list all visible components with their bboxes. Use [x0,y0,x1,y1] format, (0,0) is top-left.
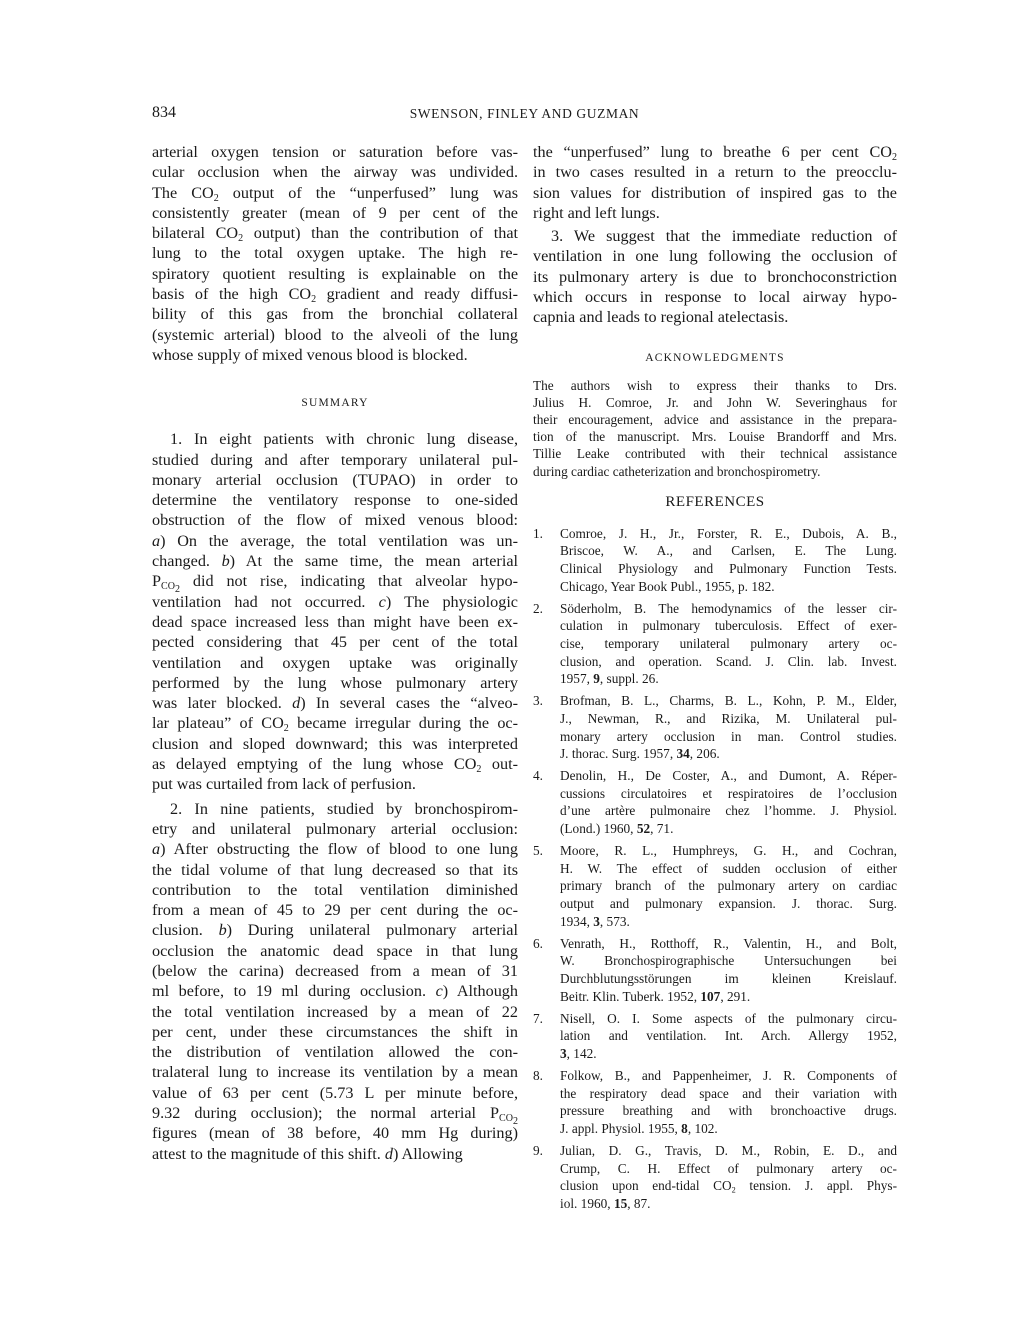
reference-item: 4.Denolin, H., De Coster, A., and Dumont… [533,767,897,837]
text-line: cular occlusion when the airway was undi… [152,162,518,182]
text-line: 3. We suggest that the immediate reducti… [533,226,897,246]
text-line: put was curtailed from lack of perfusion… [152,774,518,794]
text-line: 1. In eight patients with chronic lung d… [152,429,518,449]
reference-line: Crump, C. H. Effect of pulmonary artery … [560,1160,897,1178]
reference-line: Chicago, Year Book Publ., 1955, p. 182. [560,578,897,596]
text-line: occlusion the anatomic dead space in tha… [152,941,518,961]
text-line: obstruction of the flow of mixed venous … [152,510,518,530]
text-line: the “unperfused” lung to breathe 6 per c… [533,142,897,162]
reference-line: Beitr. Klin. Tuberk. 1952, 107, 291. [560,988,897,1006]
reference-number: 1. [533,525,543,543]
text-line: ml before, to 19 ml during occlusion. c)… [152,981,518,1001]
text-line: tion of the manuscript. Mrs. Louise Bran… [533,428,897,445]
reference-number: 8. [533,1067,543,1085]
reference-line: Comroe, J. H., Jr., Forster, R. E., Dubo… [560,525,897,543]
reference-line: Brofman, B. L., Charms, B. L., Kohn, P. … [560,692,897,710]
journal-page: 834 SWENSON, FINLEY AND GUZMAN arterial … [0,0,1020,1320]
text-line: Julius H. Comroe, Jr. and John W. Severi… [533,394,897,411]
reference-line: Briscoe, W. A., and Carlsen, E. The Lung… [560,542,897,560]
reference-item: 3.Brofman, B. L., Charms, B. L., Kohn, P… [533,692,897,762]
text-line: lung to the total oxygen uptake. The hig… [152,243,518,263]
reference-line: 1957, 9, suppl. 26. [560,670,897,688]
text-line: its pulmonary artery is due to bronchoco… [533,267,897,287]
reference-item: 5.Moore, R. L., Humphreys, G. H., and Co… [533,842,897,930]
text-line: clusion. b) During unilateral pulmonary … [152,920,518,940]
summary-heading: SUMMARY [152,397,518,409]
reference-line: monary artery occlusion in man. Control … [560,728,897,746]
text-line: as delayed emptying of the lung whose CO… [152,754,518,774]
reference-line: lation and ventilation. Int. Arch. Aller… [560,1027,897,1045]
reference-line: Moore, R. L., Humphreys, G. H., and Coch… [560,842,897,860]
reference-line: J. thorac. Surg. 1957, 34, 206. [560,745,897,763]
reference-item: 9.Julian, D. G., Travis, D. M., Robin, E… [533,1142,897,1212]
reference-line: Söderholm, B. The hemodynamics of the le… [560,600,897,618]
text-line: basis of the high CO2 gradient and ready… [152,284,518,304]
text-line: performed by the lung whose pulmonary ar… [152,673,518,693]
reference-line: Julian, D. G., Travis, D. M., Robin, E. … [560,1142,897,1160]
intro-paragraph: arterial oxygen tension or saturation be… [152,142,518,365]
reference-line: Denolin, H., De Coster, A., and Dumont, … [560,767,897,785]
running-title: SWENSON, FINLEY AND GUZMAN [152,106,897,122]
text-line: 2. In nine patients, studied by bronchos… [152,799,518,819]
reference-line: Clinical Physiology and Pulmonary Functi… [560,560,897,578]
text-line: right and left lungs. [533,203,897,223]
reference-number: 9. [533,1142,543,1160]
summary-item-2-continued: the “unperfused” lung to breathe 6 per c… [533,142,897,223]
reference-line: d’une artère pulmonaire chez l’homme. J.… [560,802,897,820]
text-line: tralateral lung to increase its ventilat… [152,1062,518,1082]
references-list: 1.Comroe, J. H., Jr., Forster, R. E., Du… [533,525,897,1213]
text-line: capnia and leads to regional atelectasis… [533,307,897,327]
text-line: per cent, under these circumstances the … [152,1022,518,1042]
text-line: PCO2 did not rise, indicating that alveo… [152,571,518,591]
text-line: during cardiac catheterization and bronc… [533,463,897,480]
text-line: contribution to the total ventilation di… [152,880,518,900]
summary-item-1: 1. In eight patients with chronic lung d… [152,429,518,794]
text-line: in two cases resulted in a return to the… [533,162,897,182]
text-line: sion values for distribution of inspired… [533,183,897,203]
reference-line: Folkow, B., and Pappenheimer, J. R. Comp… [560,1067,897,1085]
text-line: dead space increased less than might hav… [152,612,518,632]
reference-line: clusion, and operation. Scand. J. Clin. … [560,653,897,671]
reference-line: primary branch of the pulmonary artery o… [560,877,897,895]
reference-line: the respiratory dead space and their var… [560,1085,897,1103]
text-line: lar plateau” of CO2 became irregular dur… [152,713,518,733]
reference-number: 2. [533,600,543,618]
text-line: whose supply of mixed venous blood is bl… [152,345,518,365]
reference-number: 5. [533,842,543,860]
reference-number: 3. [533,692,543,710]
acknowledgments-heading: ACKNOWLEDGMENTS [533,352,897,364]
text-line: consistently greater (mean of 9 per cent… [152,203,518,223]
text-line: determine the ventilatory response to on… [152,490,518,510]
running-header: 834 SWENSON, FINLEY AND GUZMAN [152,104,897,124]
references-heading: REFERENCES [533,494,897,511]
text-line: ventilation and oxygen uptake was origin… [152,653,518,673]
text-line: the distribution of ventilation allowed … [152,1042,518,1062]
reference-item: 7.Nisell, O. I. Some aspects of the pulm… [533,1010,897,1063]
reference-item: 2.Söderholm, B. The hemodynamics of the … [533,600,897,688]
text-line: studied during and after temporary unila… [152,450,518,470]
text-line: bility of this gas from the bronchial co… [152,304,518,324]
text-line: arterial oxygen tension or saturation be… [152,142,518,162]
reference-line: Durchblutungsstörungen im kleinen Kreisl… [560,970,897,988]
reference-line: Nisell, O. I. Some aspects of the pulmon… [560,1010,897,1028]
text-line: (systemic arterial) blood to the alveoli… [152,325,518,345]
reference-line: output and pulmonary expansion. J. thora… [560,895,897,913]
text-line: was later blocked. d) In several cases t… [152,693,518,713]
text-line: pected considering that 45 per cent of t… [152,632,518,652]
text-line: attest to the magnitude of this shift. d… [152,1144,518,1164]
reference-line: cise, temporary unilateral pulmonary art… [560,635,897,653]
text-line: the tidal volume of that lung decreased … [152,860,518,880]
reference-item: 8.Folkow, B., and Pappenheimer, J. R. Co… [533,1067,897,1137]
reference-line: (Lond.) 1960, 52, 71. [560,820,897,838]
reference-line: pressure breathing and with bronchoactiv… [560,1102,897,1120]
text-line: ventilation in one lung following the oc… [533,246,897,266]
reference-line: H. W. The effect of sudden occlusion of … [560,860,897,878]
reference-line: Venrath, H., Rotthoff, R., Valentin, H.,… [560,935,897,953]
text-line: etry and unilateral pulmonary arterial o… [152,819,518,839]
text-line: figures (mean of 38 before, 40 mm Hg dur… [152,1123,518,1143]
summary-item-3: 3. We suggest that the immediate reducti… [533,226,897,327]
text-line: (below the carina) decreased from a mean… [152,961,518,981]
text-line: The CO2 output of the “unperfused” lung … [152,183,518,203]
reference-item: 6.Venrath, H., Rotthoff, R., Valentin, H… [533,935,897,1005]
text-line: 9.32 during occlusion); the normal arter… [152,1103,518,1123]
text-line: value of 63 per cent (5.73 L per minute … [152,1083,518,1103]
text-line: Tillie Leake contributed with their tech… [533,445,897,462]
reference-line: J., Newman, R., and Rizika, M. Unilatera… [560,710,897,728]
text-line: The authors wish to express their thanks… [533,377,897,394]
text-line: ventilation had not occurred. c) The phy… [152,592,518,612]
text-line: bilateral CO2 output) than the contribut… [152,223,518,243]
reference-line: 3, 142. [560,1045,897,1063]
reference-number: 6. [533,935,543,953]
reference-line: W. Bronchospirographische Untersuchungen… [560,952,897,970]
text-line: which occurs in response to local airway… [533,287,897,307]
text-line: a) After obstructing the flow of blood t… [152,839,518,859]
text-line: clusion and sloped downward; this was in… [152,734,518,754]
text-line: monary arterial occlusion (TUPAO) in ord… [152,470,518,490]
reference-line: culation in pulmonary tuberculosis. Effe… [560,617,897,635]
reference-number: 4. [533,767,543,785]
text-line: their encouragement, advice and assistan… [533,411,897,428]
acknowledgments-text: The authors wish to express their thanks… [533,377,897,480]
text-line: changed. b) At the same time, the mean a… [152,551,518,571]
summary-item-2: 2. In nine patients, studied by bronchos… [152,799,518,1164]
reference-line: 1934, 3, 573. [560,913,897,931]
reference-line: iol. 1960, 15, 87. [560,1195,897,1213]
text-line: the total ventilation increased by a mea… [152,1002,518,1022]
text-line: spiratory quotient resulting is explaina… [152,264,518,284]
left-column: arterial oxygen tension or saturation be… [152,142,518,1164]
text-line: a) On the average, the total ventilation… [152,531,518,551]
reference-item: 1.Comroe, J. H., Jr., Forster, R. E., Du… [533,525,897,595]
reference-line: clusion upon end-tidal CO2 tension. J. a… [560,1177,897,1195]
reference-line: J. appl. Physiol. 1955, 8, 102. [560,1120,897,1138]
text-line: from a mean of 45 to 29 per cent during … [152,900,518,920]
reference-line: cussions circulatoires et respiratoires … [560,785,897,803]
right-column: the “unperfused” lung to breathe 6 per c… [533,142,897,1217]
reference-number: 7. [533,1010,543,1028]
